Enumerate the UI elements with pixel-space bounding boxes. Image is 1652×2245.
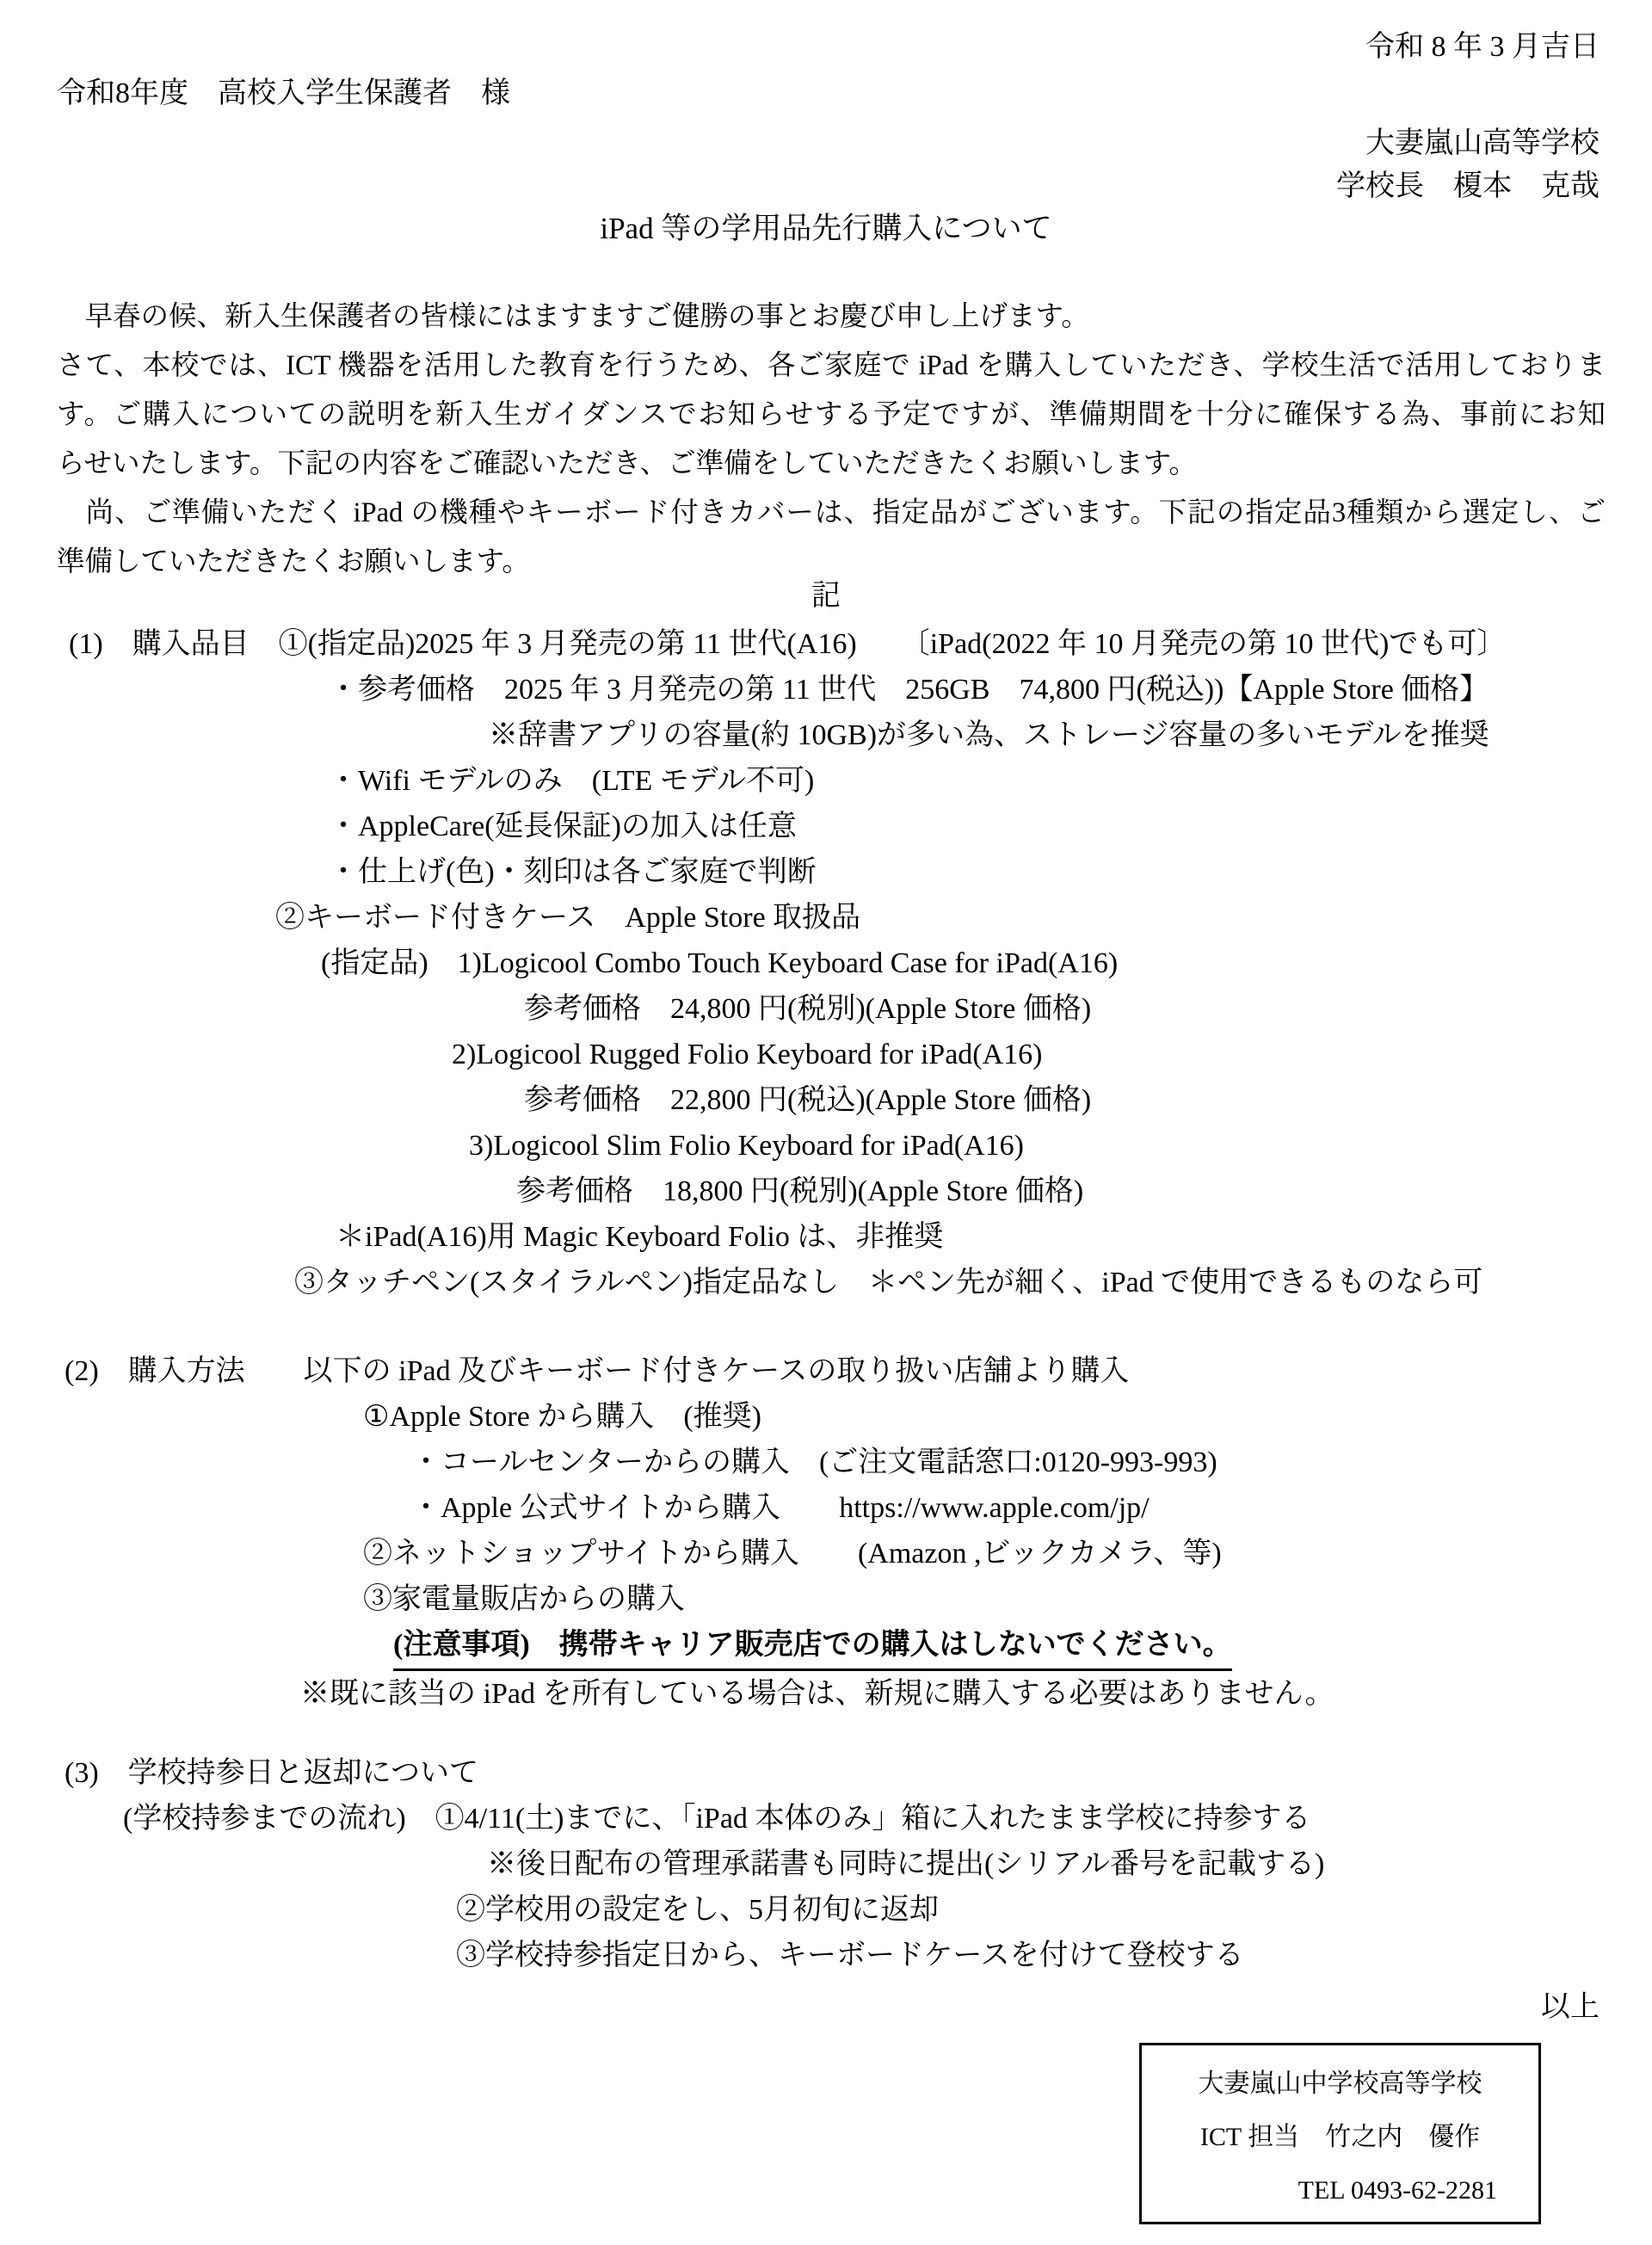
ki-marker: 記 — [0, 578, 1652, 615]
storage-note: ※辞書アプリの容量(約 10GB)が多い為、ストレージ容量の多いモデルを推奨 — [489, 718, 1489, 755]
greeting-line-1: 早春の候、新入生保護者の皆様にはますますご健勝の事とお慶び申し上げます。 — [57, 293, 1606, 342]
keyboard-option-1: (指定品) 1)Logicool Combo Touch Keyboard Ca… — [321, 946, 1118, 983]
attend-line: ③学校持参指定日から、キーボードケースを付けて登校する — [456, 1938, 1244, 1975]
section1-heading: (1) 購入品目 ①(指定品)2025 年 3 月発売の第 11 世代(A16)… — [69, 626, 1506, 663]
consent-note: ※後日配布の管理承諾書も同時に提出(シリアル番号を記載する) — [487, 1847, 1324, 1884]
owned-ipad-note: ※既に該当の iPad を所有している場合は、新規に購入する必要はありません。 — [300, 1676, 1334, 1713]
closing-word: 以上 — [1541, 1989, 1600, 2026]
carrier-warning-text: (注意事項) 携帯キャリア販売店での購入はしないでください。 — [393, 1627, 1232, 1671]
section3-heading: (3) 学校持参日と返却について — [65, 1755, 478, 1792]
keyboard-option-3: 3)Logicool Slim Folio Keyboard for iPad(… — [469, 1128, 1024, 1165]
bring-flow-line: (学校持参までの流れ) ①4/11(土)までに、「iPad 本体のみ」箱に入れた… — [123, 1801, 1310, 1838]
keyboard-option-2: 2)Logicool Rugged Folio Keyboard for iPa… — [452, 1037, 1043, 1074]
keyboard-option-2-price: 参考価格 22,800 円(税込)(Apple Store 価格) — [524, 1082, 1091, 1119]
purchase-apple-site: ・Apple 公式サイトから購入 https://www.apple.com/j… — [411, 1490, 1150, 1527]
sender-principal: 学校長 榎本 克哉 — [1336, 169, 1600, 206]
greeting-line-5: 尚、ご準備いただく iPad の機種やキーボード付きカバーは、指定品がございます… — [57, 489, 1606, 538]
ipad-price-line: ・参考価格 2025 年 3 月発売の第 11 世代 256GB 74,800 … — [329, 672, 1489, 709]
purchase-apple-store: ①Apple Store から購入 (推奨) — [363, 1399, 761, 1436]
sender-school: 大妻嵐山高等学校 — [1365, 126, 1600, 163]
greeting-line-4: らせいたします。下記の内容をご確認いただき、ご準備をしていただきたくお願いします… — [57, 440, 1606, 489]
contact-box: 大妻嵐山中学校高等学校 ICT 担当 竹之内 優作 TEL 0493-62-22… — [1139, 2043, 1541, 2224]
purchase-net-shop: ②ネットショップサイトから購入 (Amazon ,ビックカメラ、等) — [363, 1536, 1222, 1573]
school-setup-line: ②学校用の設定をし、5月初旬に返却 — [456, 1892, 939, 1929]
contact-tel: TEL 0493-62-2281 — [1142, 2164, 1538, 2217]
wifi-note: ・Wifi モデルのみ (LTE モデル不可) — [329, 763, 814, 800]
recipient-line: 令和8年度 高校入学生保護者 様 — [57, 76, 510, 113]
greeting-line-3: す。ご購入についての説明を新入生ガイダンスでお知らせする予定ですが、準備期間を十… — [57, 391, 1606, 440]
stylus-line: ③タッチペン(スタイラルペン)指定品なし ＊ペン先が細く、iPad で使用できる… — [294, 1265, 1482, 1302]
keyboard-option-1-price: 参考価格 24,800 円(税別)(Apple Store 価格) — [524, 991, 1091, 1028]
document-title: iPad 等の学用品先行購入について — [0, 210, 1652, 248]
letter-date: 令和 8 年 3 月吉日 — [1365, 29, 1600, 66]
contact-staff: ICT 担当 竹之内 優作 — [1142, 2111, 1538, 2164]
carrier-warning: (注意事項) 携帯キャリア販売店での購入はしないでください。 — [393, 1627, 1232, 1671]
purchase-call-center: ・コールセンターからの購入 (ご注文電話窓口:0120-993-993) — [411, 1445, 1217, 1482]
magic-keyboard-note: ＊iPad(A16)用 Magic Keyboard Folio は、非推奨 — [336, 1219, 943, 1256]
letter-page: 令和 8 年 3 月吉日 令和8年度 高校入学生保護者 様 大妻嵐山高等学校 学… — [0, 0, 1652, 2245]
applecare-note: ・AppleCare(延長保証)の加入は任意 — [329, 809, 797, 846]
greeting-line-2: さて、本校では、ICT 機器を活用した教育を行うため、各ご家庭で iPad を購… — [57, 342, 1606, 391]
keyboard-case-heading: ②キーボード付きケース Apple Store 取扱品 — [275, 900, 860, 937]
keyboard-option-3-price: 参考価格 18,800 円(税別)(Apple Store 価格) — [516, 1174, 1083, 1211]
finish-note: ・仕上げ(色)・刻印は各ご家庭で判断 — [329, 854, 817, 891]
section2-heading: (2) 購入方法 以下の iPad 及びキーボード付きケースの取り扱い店舗より購… — [65, 1354, 1129, 1391]
contact-school: 大妻嵐山中学校高等学校 — [1142, 2057, 1538, 2111]
greeting-paragraph: 早春の候、新入生保護者の皆様にはますますご健勝の事とお慶び申し上げます。 さて、… — [57, 293, 1606, 587]
purchase-electronics-store: ③家電量販店からの購入 — [363, 1582, 685, 1619]
